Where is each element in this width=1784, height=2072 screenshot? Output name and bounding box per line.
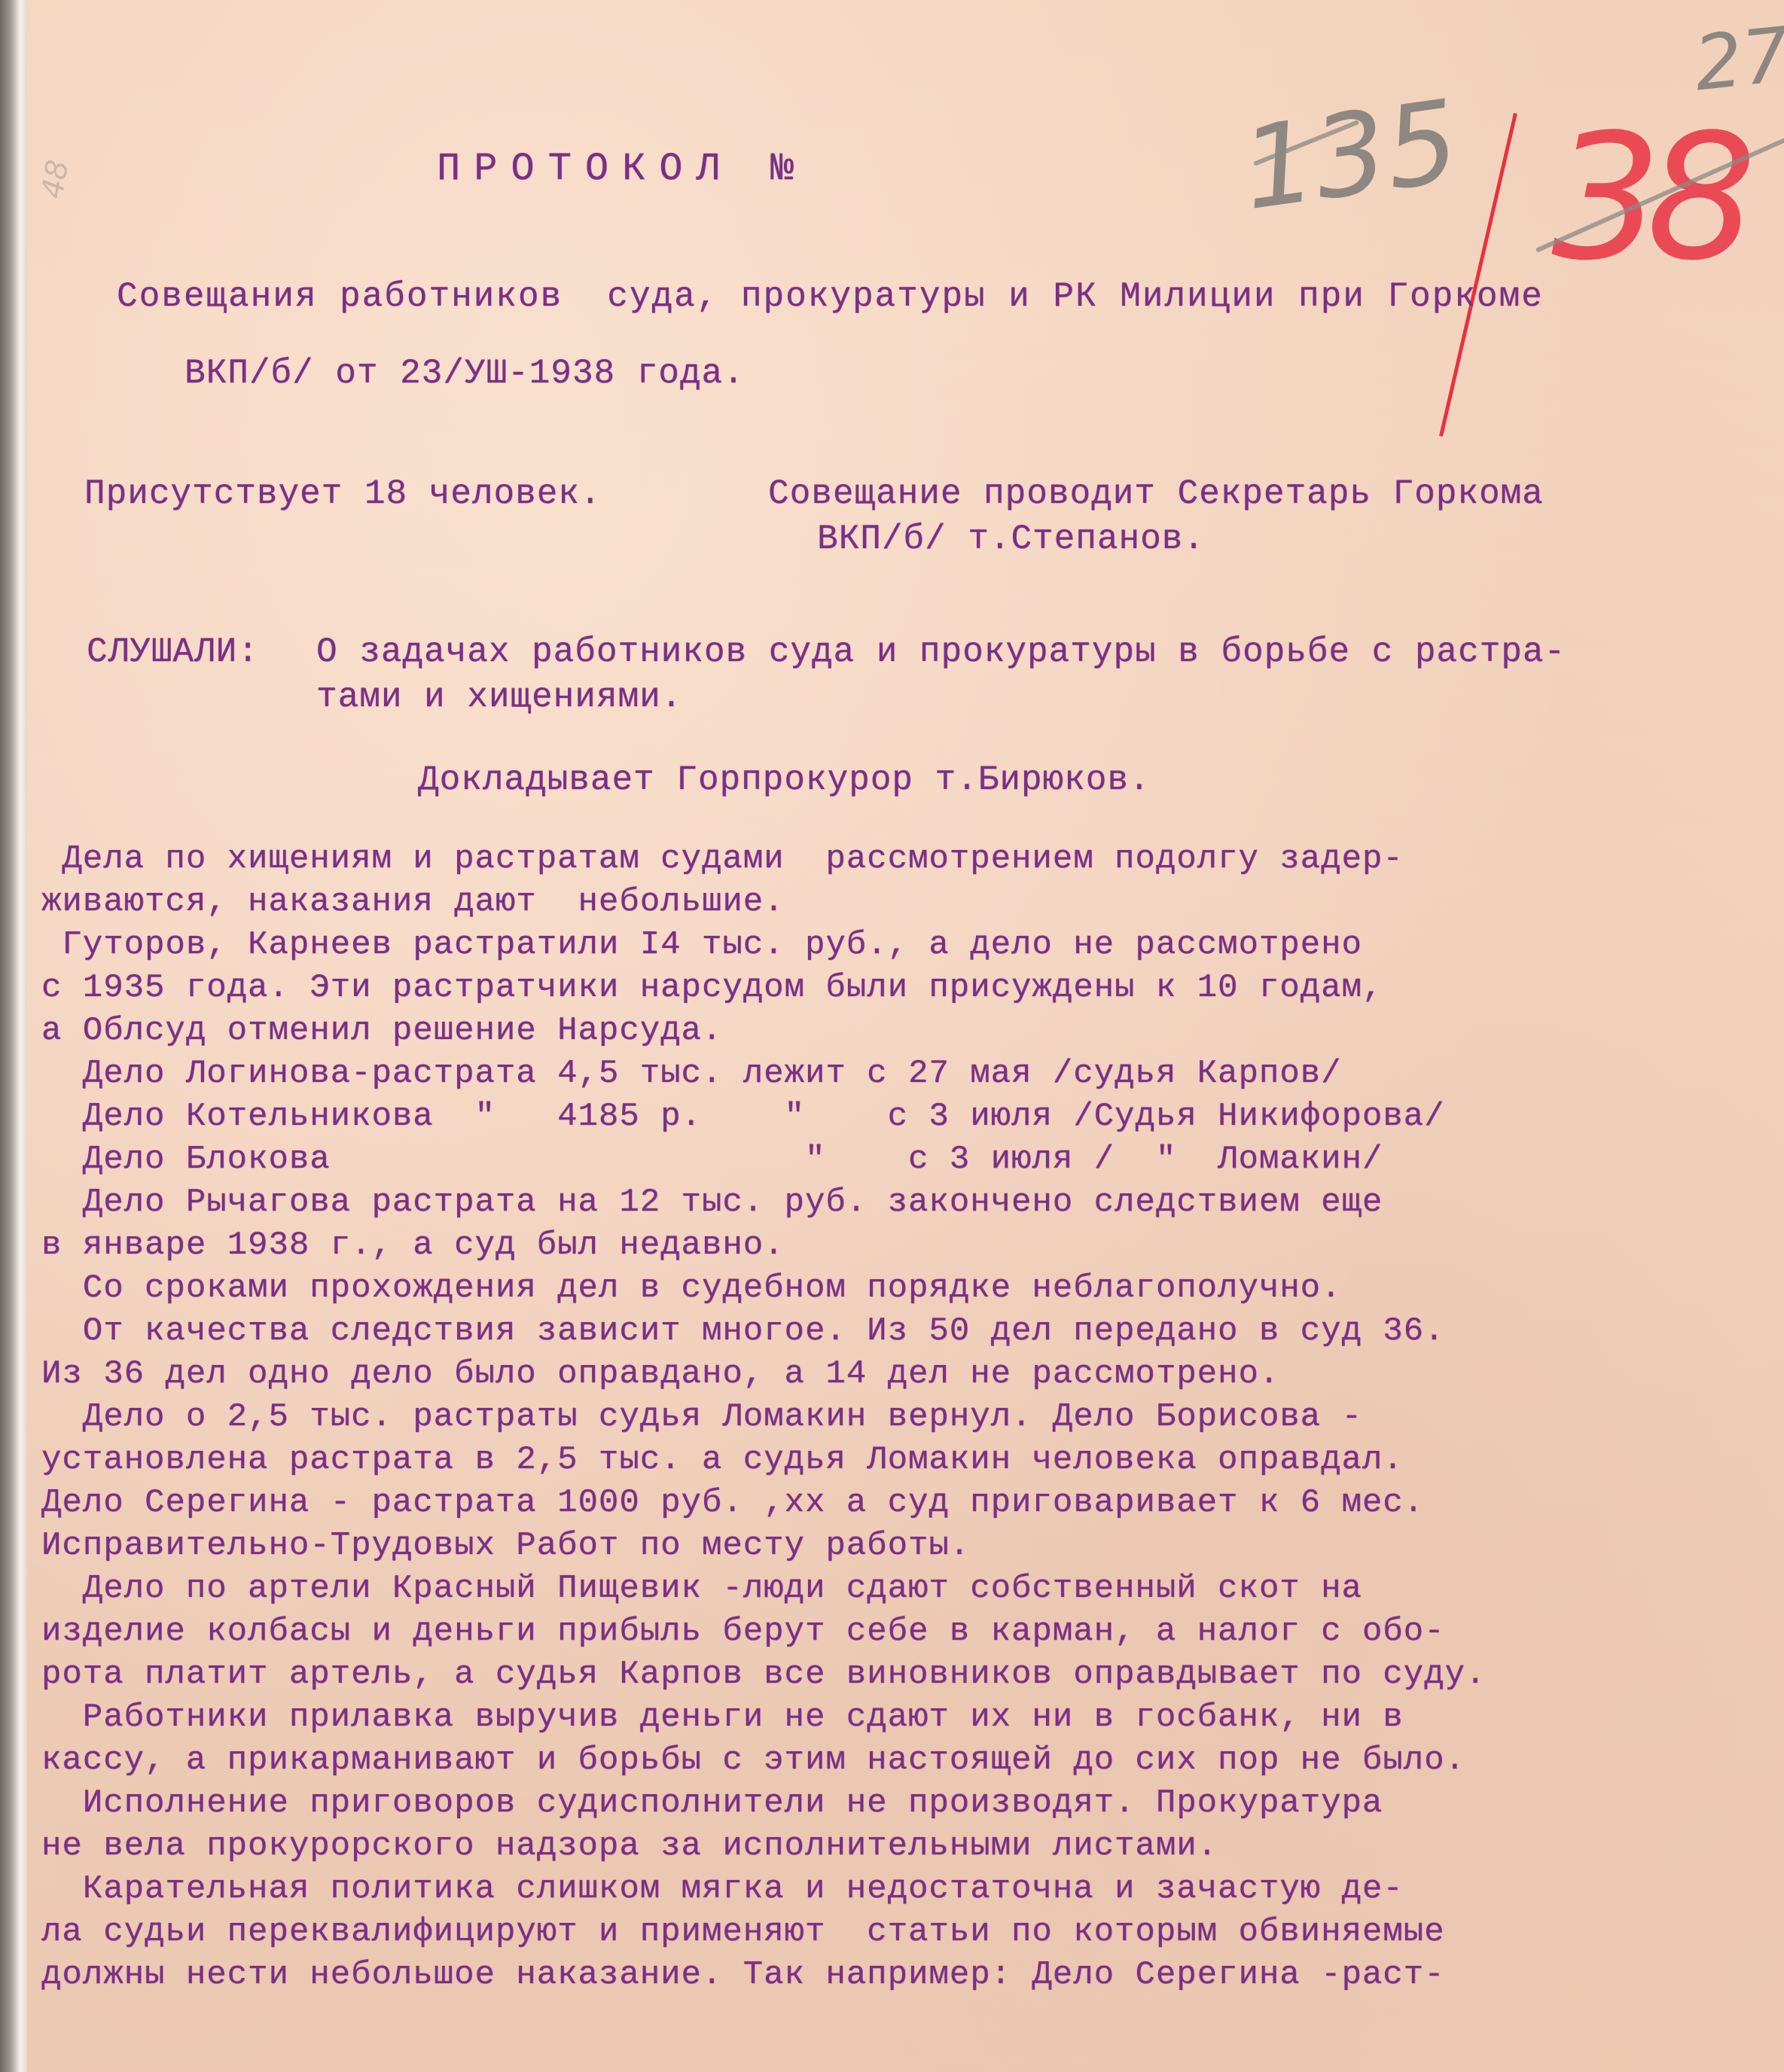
body-line: не вела прокурорского надзора за исполни…: [41, 1825, 1766, 1868]
body-line: Дело о 2,5 тыс. растраты судья Ломакин в…: [41, 1396, 1766, 1439]
pencil-corner-number: 27: [1690, 11, 1784, 108]
document-subtitle-line2: ВКП/б/ от 23/УШ-1938 года.: [184, 354, 745, 393]
body-line: Дело Логинова-растрата 4,5 тыс. лежит с …: [41, 1053, 1766, 1095]
body-line: Дело Рычагова растрата на 12 тыс. руб. з…: [41, 1181, 1766, 1224]
document-subtitle-line1: Совещания работников суда, прокуратуры и…: [117, 277, 1544, 316]
body-line: ла судьи переквалифицируют и применяют с…: [41, 1911, 1766, 1954]
document-title: ПРОТОКОЛ №: [437, 147, 807, 191]
body-line: изделие колбасы и деньги прибыль берут с…: [41, 1610, 1766, 1653]
pencil-margin-mark: 48: [35, 157, 75, 201]
chair-line1: Совещание проводит Секретарь Горкома: [768, 474, 1544, 513]
body-line: Со сроками прохождения дел в судебном по…: [41, 1267, 1766, 1310]
body-line: От качества следствия зависит многое. Из…: [41, 1310, 1766, 1353]
heard-label: СЛУШАЛИ:: [87, 632, 259, 672]
body-line: должны нести небольшое наказание. Так на…: [41, 1954, 1766, 1997]
body-line: живаются, наказания дают небольшие.: [41, 881, 1766, 924]
body-line: в январе 1938 г., а суд был недавно.: [41, 1224, 1766, 1267]
reporter-line: Докладывает Горпрокурор т.Бирюков.: [418, 760, 1151, 800]
heard-text-line1: О задачах работников суда и прокуратуры …: [316, 632, 1566, 672]
heard-text-line2: тами и хищениями.: [316, 678, 682, 717]
report-body: Дела по хищениям и растратам судами расс…: [41, 838, 1766, 1997]
body-line: а Облсуд отменил решение Нарсуда.: [41, 1010, 1766, 1053]
binding-edge: [0, 0, 27, 2072]
body-line: Дело Блокова " с 3 июля / " Ломакин/: [41, 1138, 1766, 1181]
body-line: Из 36 дел одно дело было оправдано, а 14…: [41, 1353, 1766, 1396]
body-line: установлена растрата в 2,5 тыс. а судья …: [41, 1439, 1766, 1482]
body-line: Исправительно-Трудовых Работ по месту ра…: [41, 1525, 1766, 1568]
body-line: Дело Котельникова " 4185 р. " с 3 июля /…: [41, 1095, 1766, 1138]
body-line: Карательная политика слишком мягка и нед…: [41, 1868, 1766, 1911]
chair-line2: ВКП/б/ т.Степанов.: [817, 520, 1205, 559]
attendance-line: Присутствует 18 человек.: [84, 474, 602, 513]
body-line: кассу, а прикарманивают и борьбы с этим …: [41, 1739, 1766, 1782]
body-line: Гуторов, Карнеев растратили I4 тыс. руб.…: [41, 924, 1766, 967]
body-line: Дело по артели Красный Пищевик -люди сда…: [41, 1568, 1766, 1610]
body-line: с 1935 года. Эти растратчики нарсудом бы…: [41, 967, 1766, 1010]
body-line: Исполнение приговоров судисполнители не …: [41, 1782, 1766, 1825]
body-line: Дело Серегина - растрата 1000 руб. ,хх а…: [41, 1482, 1766, 1525]
body-line: Работники прилавка выручив деньги не сда…: [41, 1696, 1766, 1739]
body-line: рота платит артель, а судья Карпов все в…: [41, 1653, 1766, 1696]
body-line: Дела по хищениям и растратам судами расс…: [41, 838, 1766, 881]
